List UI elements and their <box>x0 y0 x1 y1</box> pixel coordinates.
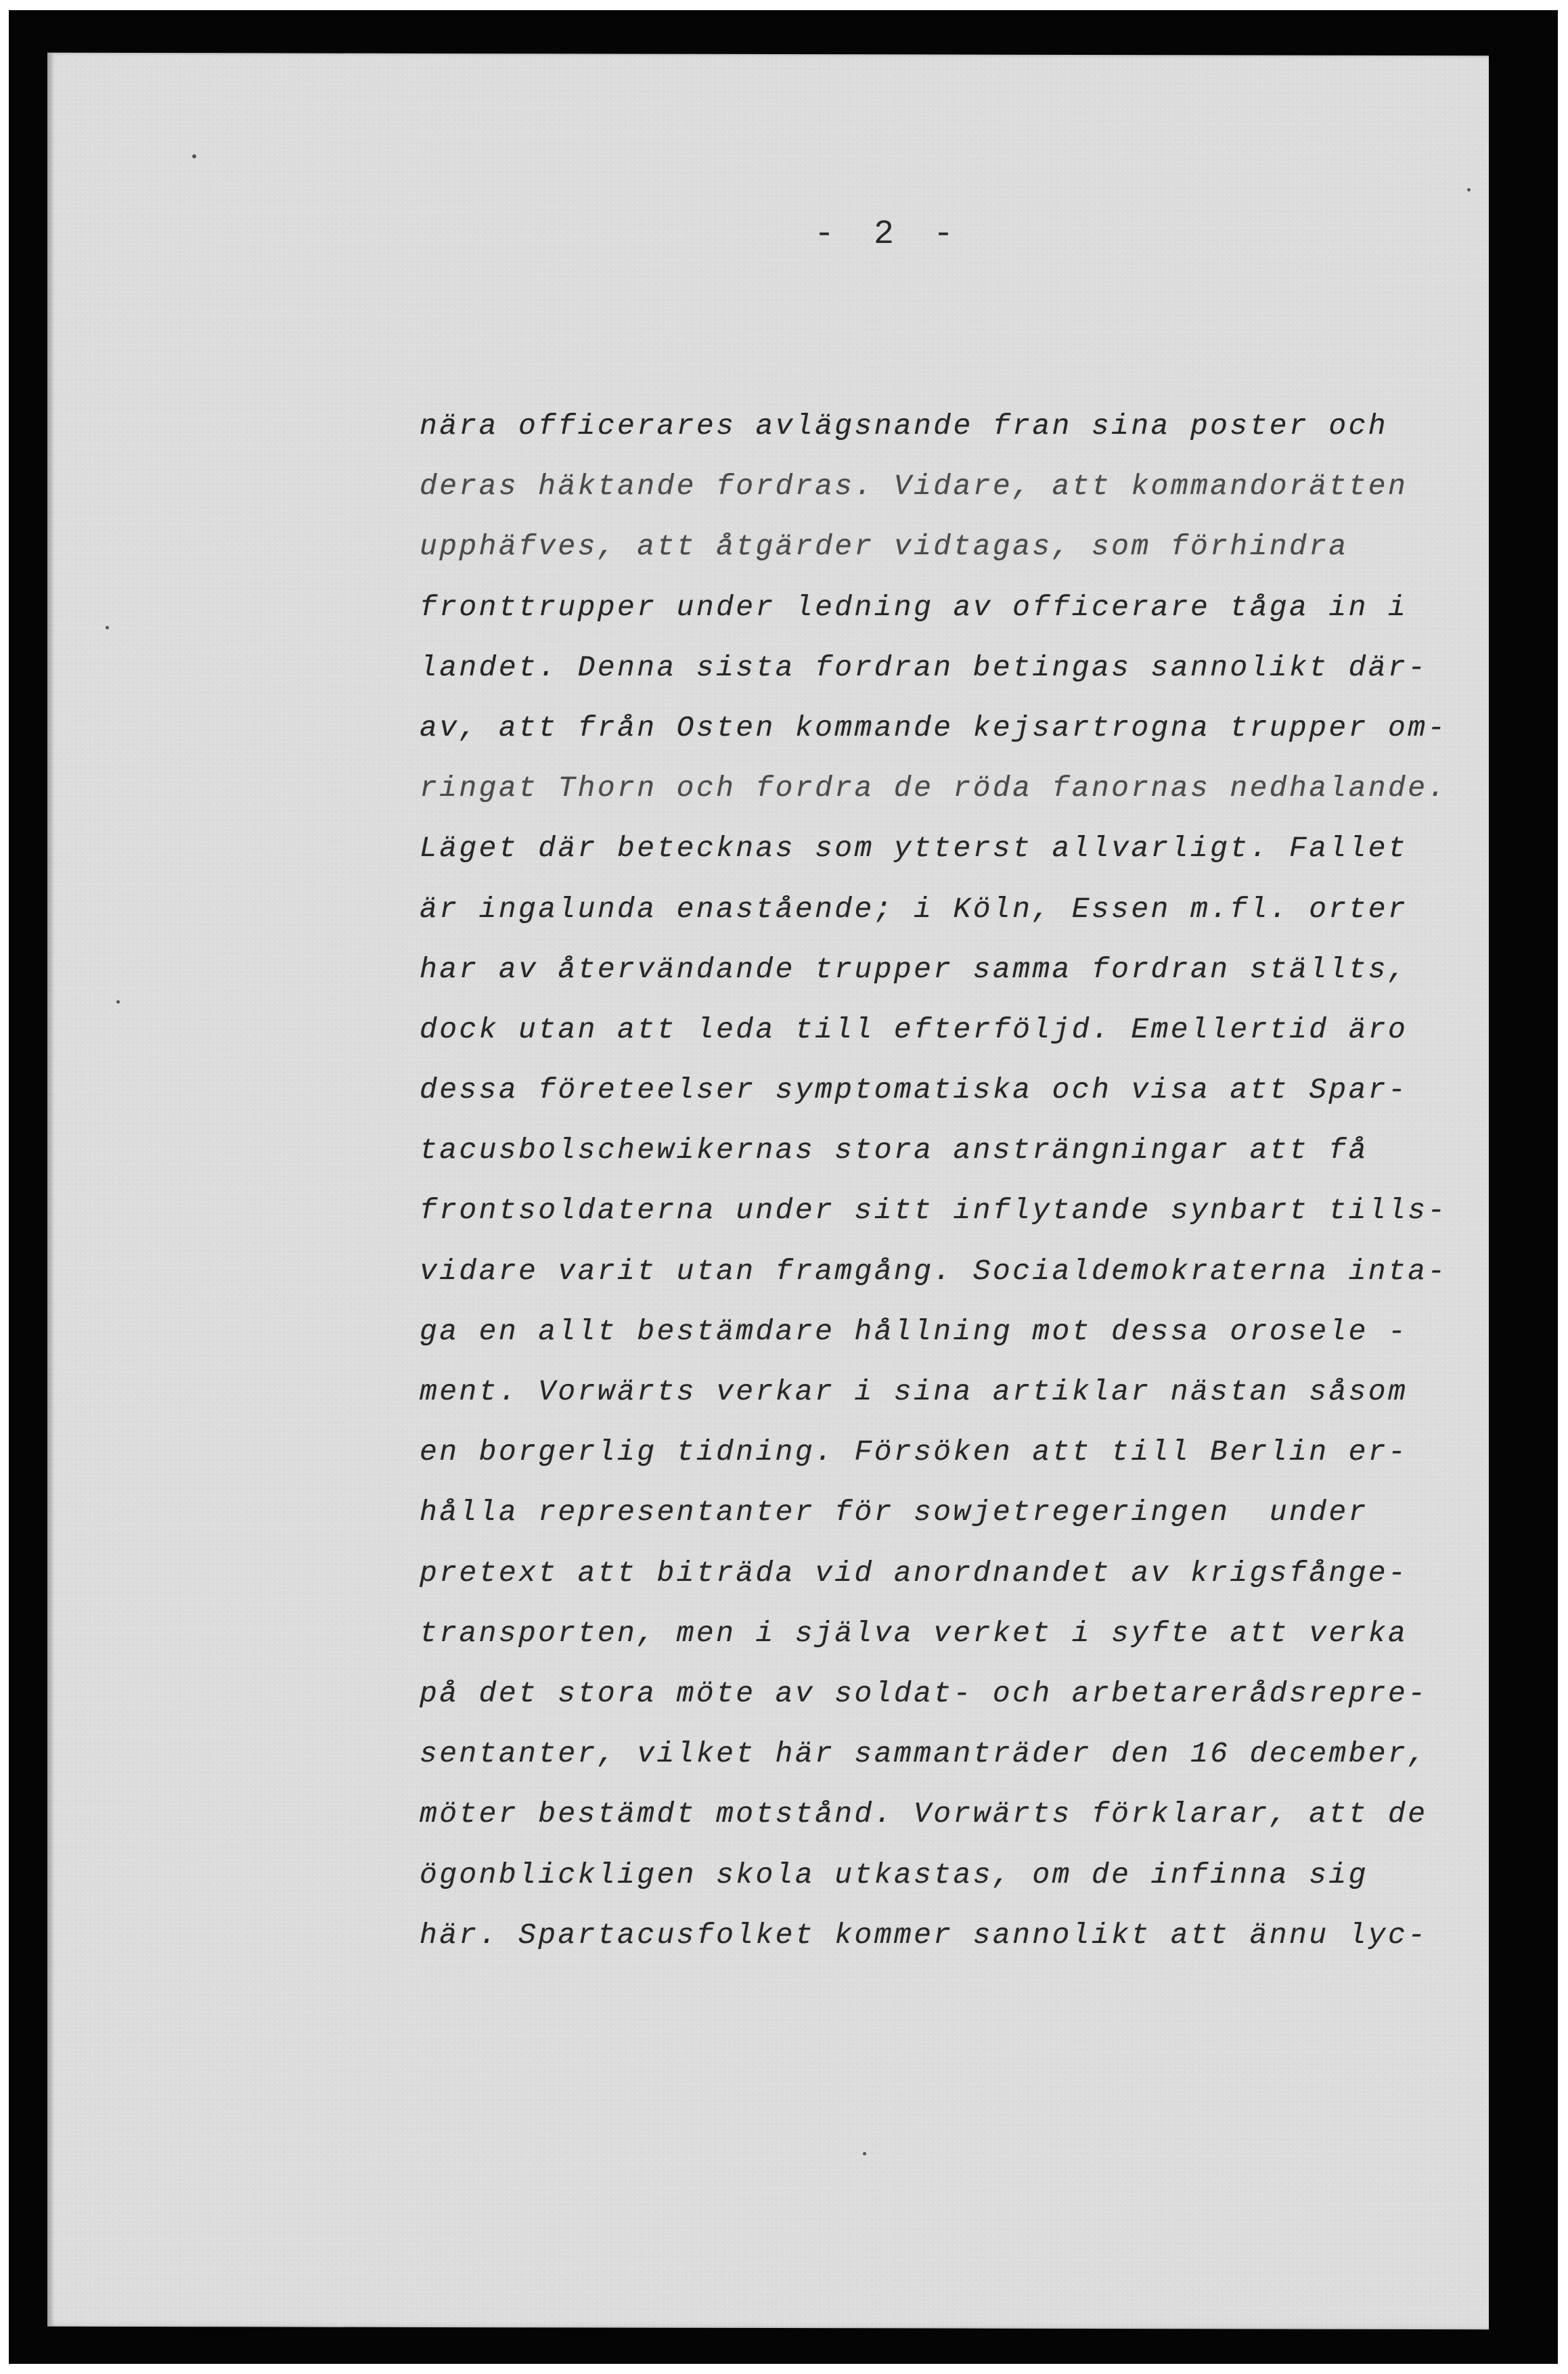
text-line: vidare varit utan framgång. Socialdemokr… <box>420 1241 1475 1301</box>
text-line: är ingalunda enastående; i Köln, Essen m… <box>420 879 1475 939</box>
text-line: dock utan att leda till efterföljd. Emel… <box>420 1000 1475 1060</box>
text-line: pretext att biträda vid anordnandet av k… <box>420 1543 1475 1603</box>
text-line: Läget där betecknas som ytterst allvarli… <box>420 818 1475 878</box>
text-line: transporten, men i själva verket i syfte… <box>420 1603 1475 1663</box>
paper-speck <box>863 2152 866 2155</box>
text-line: frontsoldaterna under sitt inflytande sy… <box>420 1180 1475 1240</box>
text-line: deras häktande fordras. Vidare, att komm… <box>420 456 1475 516</box>
paper-speck <box>1467 188 1471 192</box>
text-line: en borgerlig tidning. Försöken att till … <box>420 1422 1475 1482</box>
text-line: hålla representanter för sowjetregeringe… <box>420 1482 1475 1542</box>
paper-speck <box>192 154 196 158</box>
text-line: nära officerares avlägsnande fran sina p… <box>420 396 1475 456</box>
text-line: ga en allt bestämdare hållning mot dessa… <box>420 1301 1475 1362</box>
text-line: dessa företeelser symptomatiska och visa… <box>420 1060 1475 1120</box>
text-line: ringat Thorn och fordra de röda fanornas… <box>420 758 1475 818</box>
text-line: här. Spartacusfolket kommer sannolikt at… <box>420 1905 1475 1965</box>
paper-speck <box>116 1000 120 1004</box>
paper-speck <box>106 626 109 629</box>
text-line: upphäfves, att åtgärder vidtagas, som fö… <box>420 516 1475 577</box>
text-line: möter bestämdt motstånd. Vorwärts förkla… <box>420 1784 1475 1844</box>
text-line: av, att från Osten kommande kejsartrogna… <box>420 698 1475 758</box>
text-line: sentanter, vilket här sammanträder den 1… <box>420 1724 1475 1784</box>
text-line: landet. Denna sista fordran betingas san… <box>420 637 1475 698</box>
text-line: fronttrupper under ledning av officerare… <box>420 577 1475 637</box>
text-line: har av återvändande trupper samma fordra… <box>420 939 1475 1000</box>
text-line: ögonblickligen skola utkastas, om de inf… <box>420 1845 1475 1905</box>
text-line: tacusbolschewikernas stora ansträngninga… <box>420 1120 1475 1180</box>
text-line: ment. Vorwärts verkar i sina artiklar nä… <box>420 1362 1475 1422</box>
text-line: på det stora möte av soldat- och arbetar… <box>420 1663 1475 1724</box>
page-number: - 2 - <box>814 215 963 254</box>
body-text: nära officerares avlägsnande fran sina p… <box>420 396 1475 1965</box>
